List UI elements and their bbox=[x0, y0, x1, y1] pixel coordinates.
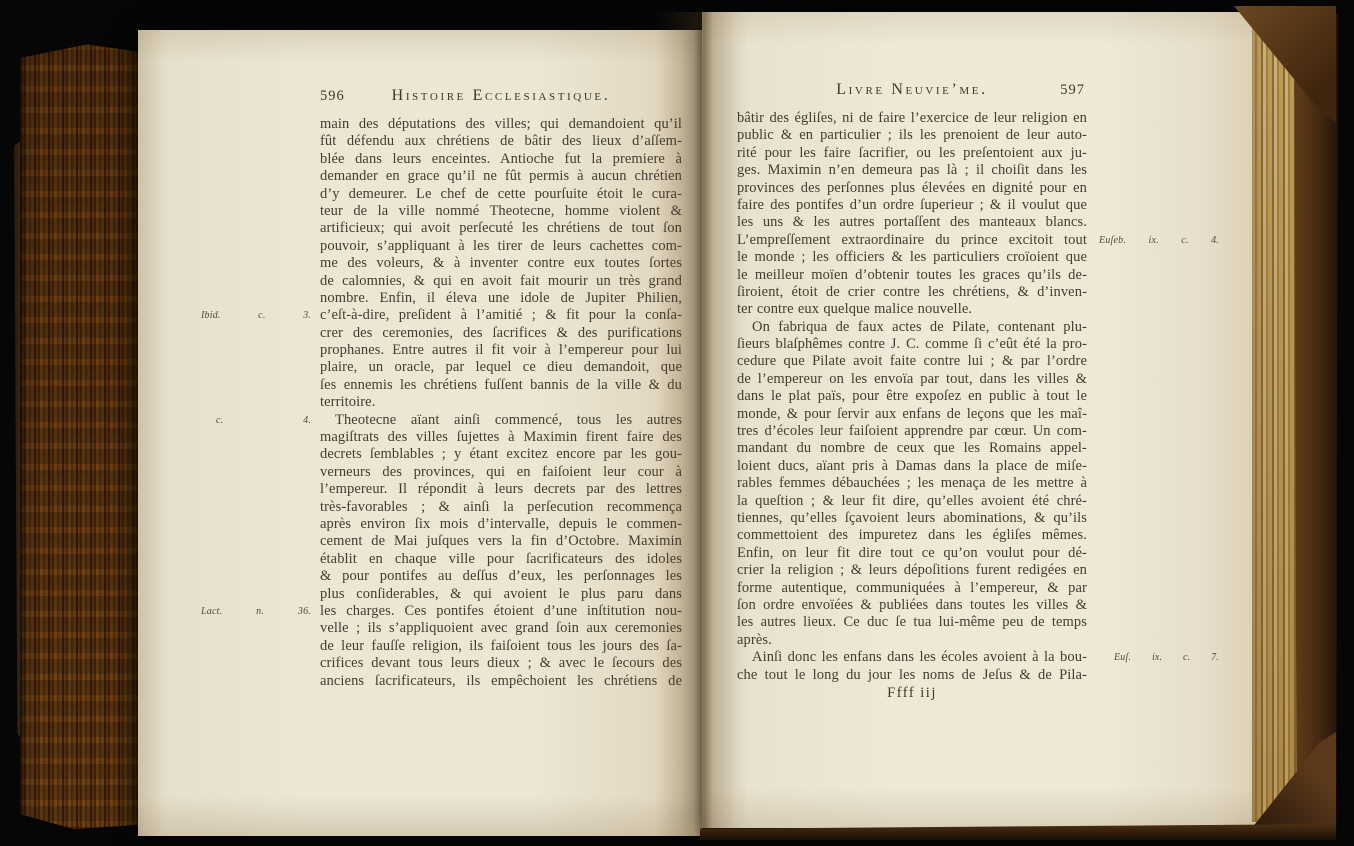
text-line: le monde ; les officiers & les particuli… bbox=[737, 249, 1087, 266]
text-line: provinces des perſonnes plus élevées en … bbox=[737, 180, 1087, 197]
text-line: nombre. Enfin, il éleva une idole de Jup… bbox=[320, 290, 682, 307]
text-line: Euſ. ix. c. 7.Ainſi donc les enfans dans… bbox=[737, 649, 1087, 666]
text-line: Lact. n. 36.les charges. Ces pontifes ét… bbox=[320, 603, 682, 620]
right-running-title: Livre Neuvie’me. bbox=[737, 80, 1087, 100]
text-line: loient ducs, aïant pris à Damas dans la … bbox=[737, 458, 1087, 475]
right-page: Livre Neuvie’me. 597 bâtir des égliſes, … bbox=[702, 12, 1262, 828]
text-line: les uns & les autres portaſſent des mant… bbox=[737, 214, 1087, 231]
text-line: cedure que Pilate avoit faite contre lui… bbox=[737, 353, 1087, 370]
right-page-header: Livre Neuvie’me. 597 bbox=[737, 80, 1087, 104]
text-line: l’empereur. Il répondit à leurs decrets … bbox=[320, 481, 682, 498]
left-fore-edge-pages bbox=[20, 38, 142, 834]
text-line: Euſeb. ix. c. 4.L’empreſſement extraordi… bbox=[737, 232, 1087, 249]
right-text-block: Livre Neuvie’me. 597 bâtir des égliſes, … bbox=[737, 80, 1087, 702]
text-line: blée dans leurs enceintes. Antioche fut … bbox=[320, 151, 682, 168]
left-page-header: 596 Histoire Ecclesiastique. bbox=[320, 86, 682, 110]
text-line: plus conſiderables, & qui avoient le plu… bbox=[320, 586, 682, 603]
margin-note: Euſeb. ix. c. 4. bbox=[1099, 235, 1219, 246]
book-photo: 596 Histoire Ecclesiastique. main des dé… bbox=[0, 0, 1354, 846]
text-line: crifices devant tous leurs dieux ; & ave… bbox=[320, 655, 682, 672]
left-page-number: 596 bbox=[320, 86, 345, 106]
text-line: bâtir des égliſes, ni de faire l’exercic… bbox=[737, 110, 1087, 127]
text-line: les autres lieux. Ce duc ſe tua lui-même… bbox=[737, 614, 1087, 631]
text-line: decrets ſemblables ; y étant excitez enc… bbox=[320, 446, 682, 463]
text-line: mandant du nombre de ceux que les Romain… bbox=[737, 440, 1087, 457]
text-line: cement de Mai juſques vers la fin d’Octo… bbox=[320, 533, 682, 550]
text-line: rité pour les faire ſacrifier, ou les pr… bbox=[737, 145, 1087, 162]
margin-note: Lact. n. 36. bbox=[201, 606, 311, 617]
text-line: ſes ennemis les chrétiens fuſſent bannis… bbox=[320, 377, 682, 394]
text-line: main des députations des villes; qui dem… bbox=[320, 116, 682, 133]
right-page-number: 597 bbox=[1060, 80, 1085, 100]
text-line: ges. Maximin n’en demeura pas là ; il ch… bbox=[737, 162, 1087, 179]
text-line: & pour pontifes au deſſus d’eux, les per… bbox=[320, 568, 682, 585]
left-running-title: Histoire Ecclesiastique. bbox=[320, 86, 682, 106]
text-line: pouvoir, s’appliquant à les tirer de leu… bbox=[320, 238, 682, 255]
text-line: magiſtrats des villes ſujettes à Maximin… bbox=[320, 429, 682, 446]
text-line: Enfin, on leur fit dire tout ce qu’on vo… bbox=[737, 545, 1087, 562]
signature-mark: Ffff iij bbox=[737, 685, 1087, 702]
text-line: plaire, un oracle, par lequel ce dieu de… bbox=[320, 359, 682, 376]
right-cover-board bbox=[1294, 6, 1338, 838]
text-line: artificieux; qui avoit perſecuté les chr… bbox=[320, 220, 682, 237]
text-line: fût défendu aux chrétiens de bâtir des l… bbox=[320, 133, 682, 150]
text-line: verneurs des provinces, qui en faiſoient… bbox=[320, 464, 682, 481]
text-line: territoire. bbox=[320, 394, 682, 411]
text-line: de l’empereur on les envoïa par tout, da… bbox=[737, 371, 1087, 388]
margin-note: Euſ. ix. c. 7. bbox=[1099, 652, 1219, 663]
left-text-block: 596 Histoire Ecclesiastique. main des dé… bbox=[320, 86, 682, 690]
text-line: che tout le long du jour les noms de Jeſ… bbox=[737, 667, 1087, 684]
right-body-text: bâtir des égliſes, ni de faire l’exercic… bbox=[737, 110, 1087, 684]
text-line: public & en particulier ; ils les prenoi… bbox=[737, 127, 1087, 144]
left-page: 596 Histoire Ecclesiastique. main des dé… bbox=[138, 30, 702, 836]
text-line: me des voleurs, & à inventer contre eux … bbox=[320, 255, 682, 272]
text-line: de calomnies, & qui en avoit fait mourir… bbox=[320, 273, 682, 290]
text-line: velle ; ils s’appliquoient avec grand ſo… bbox=[320, 620, 682, 637]
text-line: c. 4.Theotecne aïant ainſi commencé, tou… bbox=[320, 412, 682, 429]
text-line: Ibid. c. 3.c’eſt-à-dire, preſident à l’a… bbox=[320, 307, 682, 324]
text-line: demander en grace qu’il ne fût permis à … bbox=[320, 168, 682, 185]
text-line: crer des ceremonies, des ſacrifices & de… bbox=[320, 325, 682, 342]
margin-note: Ibid. c. 3. bbox=[201, 310, 311, 321]
text-line: anciens ſacrificateurs, ils empêchoient … bbox=[320, 673, 682, 690]
text-line: ſiroient, étoit de crier contre les chré… bbox=[737, 284, 1087, 301]
text-line: tiennes, qu’elles ſçavoient leurs abomin… bbox=[737, 510, 1087, 527]
text-line: ſon ordre envoïées & publiées dans toute… bbox=[737, 597, 1087, 614]
text-line: d’y demeurer. Le chef de cette pourſuite… bbox=[320, 186, 682, 203]
text-line: la queſtion ; & leur fit dire, qu’elles … bbox=[737, 493, 1087, 510]
text-line: crier la religion ; & leurs dépoſitions … bbox=[737, 562, 1087, 579]
right-fore-edge-pages bbox=[1252, 22, 1300, 822]
text-line: après. bbox=[737, 632, 1087, 649]
text-line: dans le plat païs, pour être expoſez en … bbox=[737, 388, 1087, 405]
text-line: le meilleur moïen d’obtenir toutes les g… bbox=[737, 267, 1087, 284]
text-line: faire des pontifes d’un ordre ſuperieur … bbox=[737, 197, 1087, 214]
left-body-text: main des députations des villes; qui dem… bbox=[320, 116, 682, 690]
text-line: tres d’écoles leur faiſoient apprendre p… bbox=[737, 423, 1087, 440]
text-line: prophanes. Entre autres il fit voir à l’… bbox=[320, 342, 682, 359]
text-line: établit en chaque ville pour ſacrificate… bbox=[320, 551, 682, 568]
text-line: commettoient des impuretez dans les égli… bbox=[737, 527, 1087, 544]
text-line: rables femmes débauchées ; les menaça de… bbox=[737, 475, 1087, 492]
text-line: ter contre eux quelque malice nouvelle. bbox=[737, 301, 1087, 318]
text-line: teur de la ville nommé Theotecne, homme … bbox=[320, 203, 682, 220]
text-line: On fabriqua de faux actes de Pilate, con… bbox=[737, 319, 1087, 336]
text-line: très-favorables ; & ainſi la perſecution… bbox=[320, 499, 682, 516]
text-line: après environ ſix mois d’intervalle, dep… bbox=[320, 516, 682, 533]
margin-note: c. 4. bbox=[201, 415, 311, 426]
text-line: monde, & pour ſervir aux enfans de leçon… bbox=[737, 406, 1087, 423]
text-line: forme autentique, communiquées à l’emper… bbox=[737, 580, 1087, 597]
text-line: de leur fauſſe religion, ils faiſoient t… bbox=[320, 638, 682, 655]
text-line: ſieurs blaſphêmes contre J. C. comme ſi … bbox=[737, 336, 1087, 353]
